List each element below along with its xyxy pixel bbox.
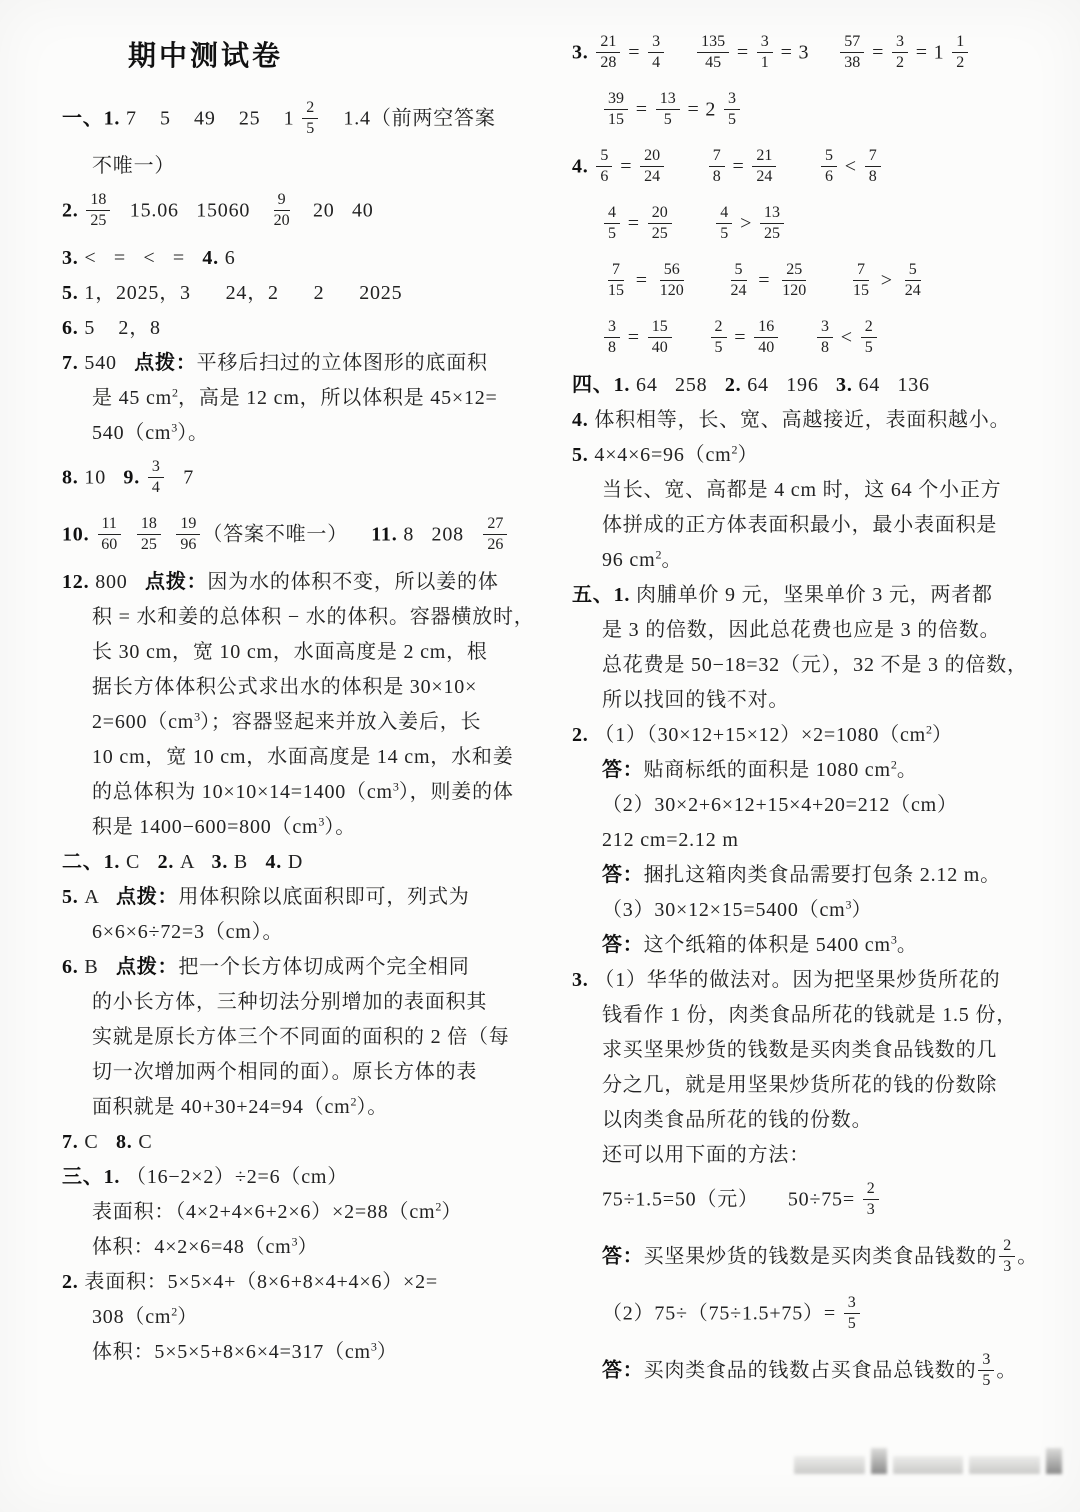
text	[778, 156, 819, 178]
bold-text: 11.	[371, 524, 403, 546]
text: >	[734, 213, 758, 235]
text: 买坚果炒货的钱数是买肉类食品钱数的	[644, 1246, 998, 1268]
answer-line: 4. 56 = 2024 78 = 2124 56 < 78	[572, 144, 1064, 193]
text: 分之几，就是用坚果炒货所花的钱的份数除	[602, 1074, 997, 1096]
answer-line: 是 45 cm2，高是 12 cm，所以体积是 45×12=	[92, 385, 548, 412]
text: （2）75÷（75÷1.5+75）=	[602, 1303, 842, 1325]
answer-line: 2=600（cm3）；容器竖起来并放入姜后，长	[92, 709, 548, 736]
answer-line: 2. （1）（30×12+15×12）×2=1080（cm2）	[572, 722, 1064, 749]
answer-line: 面积就是 40+30+24=94（cm2）。	[92, 1094, 548, 1121]
answer-line: 答：捆扎这箱肉类食品需要打包条 2.12 m。	[602, 862, 1064, 889]
text: 96 cm	[602, 549, 655, 571]
fraction: 1996	[176, 515, 200, 553]
bold-text: 答：	[602, 934, 644, 956]
answer-line: 12. 800 点拨：因为水的体积不变，所以姜的体	[62, 569, 548, 596]
fraction: 1160	[97, 515, 121, 553]
fraction: 1825	[137, 515, 161, 553]
bold-text: 7.	[62, 352, 84, 374]
bold-text: 10.	[62, 524, 95, 546]
text: A	[180, 851, 212, 873]
text: ）	[737, 444, 758, 466]
bold-text: 5.	[62, 282, 84, 304]
text: 是 45 cm	[92, 387, 172, 409]
fraction: 2726	[483, 515, 507, 553]
text: 64 196	[747, 374, 836, 396]
answer-line: 3. 2128 = 34 13545 = 31 = 3 5738 = 32 = …	[572, 30, 1064, 79]
text: C	[138, 1131, 152, 1153]
fraction: 35	[978, 1351, 994, 1389]
answer-line: 2. 1825 15.06 15060 920 20 40	[62, 188, 548, 237]
bold-text: 2.	[158, 851, 180, 873]
fraction: 25	[302, 99, 318, 137]
text: 买肉类食品的钱数占买食品总钱数的	[644, 1360, 977, 1382]
fraction: 38	[604, 318, 620, 356]
bold-text: 答：	[602, 1246, 644, 1268]
text: 15.06 15060	[112, 200, 267, 222]
text: 不唯一）	[92, 155, 175, 177]
text: B	[84, 956, 116, 978]
text: （1）华华的做法对。因为把坚果炒货所花的	[594, 969, 1000, 991]
text: 积 = 水和姜的总体积 − 水的体积。容器横放时，	[92, 606, 535, 628]
text: ，高是 12 cm，所以体积是 45×12=	[178, 387, 498, 409]
text: （答案不唯一）	[202, 524, 371, 546]
text: < = < =	[84, 247, 202, 269]
text	[666, 42, 695, 64]
text: ）	[377, 1341, 398, 1363]
bold-text: 8.	[62, 467, 84, 489]
fraction: 25	[711, 318, 727, 356]
text: 64 258	[636, 374, 725, 396]
text: ）	[297, 1236, 318, 1258]
bold-text: 6.	[62, 317, 84, 339]
answer-line: 体积：4×2×6=48（cm3）	[92, 1234, 548, 1261]
bold-text: 2.	[62, 1271, 84, 1293]
text: 总花费是 50−18=32（元），32 不是 3 的倍数，	[602, 654, 1028, 676]
text: =	[622, 213, 646, 235]
answer-line: 10. 1160 1825 1996（答案不唯一） 11. 8 208 2726	[62, 512, 548, 561]
answer-line: 总花费是 50−18=32（元），32 不是 3 的倍数，	[602, 652, 1064, 679]
text: 75÷1.5=50（元） 50÷75=	[602, 1189, 861, 1211]
text: （16−2×2）÷2=6（cm）	[126, 1166, 348, 1188]
text: 20 40	[296, 200, 374, 222]
answer-line: 一、1. 7 5 49 25 1 25 1.4（前两空答案	[62, 96, 548, 145]
bold-text: 3.	[572, 42, 594, 64]
bold-text: 4.	[265, 851, 287, 873]
page-title: 期中测试卷	[128, 34, 548, 74]
text: 的总体积为 10×10×14=1400（cm	[92, 781, 393, 803]
text: 面积就是 40+30+24=94（cm	[92, 1096, 350, 1118]
answer-line: 10 cm，宽 10 cm，水面高度是 14 cm，水和姜	[92, 744, 548, 771]
bold-text: 4.	[202, 247, 224, 269]
fraction: 78	[865, 147, 881, 185]
bold-text: 答：	[602, 1360, 644, 1382]
text	[163, 524, 175, 546]
text: C	[84, 1131, 116, 1153]
answer-line: 6×6×6÷72=3（cm）。	[92, 919, 548, 946]
fraction: 1540	[648, 318, 672, 356]
text: 10 cm，宽 10 cm，水面高度是 14 cm，水和姜	[92, 746, 514, 768]
fraction: 78	[709, 147, 725, 185]
bold-text: 3.	[212, 851, 234, 873]
text: 。	[996, 1360, 1017, 1382]
answer-line: 积是 1400−600=800（cm3）。	[92, 814, 548, 841]
answer-line: 8. 10 9. 34 7	[62, 455, 548, 504]
text: 因为水的体积不变，所以姜的体	[207, 571, 498, 593]
bold-text: 点拨：	[116, 956, 178, 978]
text: 64 136	[858, 374, 929, 396]
fraction: 2024	[640, 147, 664, 185]
bold-text: 四、	[572, 374, 614, 396]
answer-line: 308（cm2）	[92, 1304, 548, 1331]
text: <	[839, 156, 863, 178]
text	[812, 270, 847, 292]
answer-line: 答：买肉类食品的钱数占买食品总钱数的35。	[602, 1348, 1064, 1397]
text: D	[288, 851, 303, 873]
fraction: 31	[757, 33, 773, 71]
text: =	[614, 156, 638, 178]
fraction: 35	[724, 90, 740, 128]
text: >	[875, 270, 899, 292]
text: 切一次增加两个相同的面）。原长方体的表	[92, 1061, 477, 1083]
fraction: 25	[861, 318, 877, 356]
fraction: 1640	[754, 318, 778, 356]
text: 体拼成的正方体表面积最小，最小表面积是	[602, 514, 997, 536]
answer-line: 还可以用下面的方法：	[602, 1142, 1064, 1169]
answer-line: 38 = 1540 25 = 1640 38 < 25	[602, 315, 1064, 364]
bold-text: 2.	[725, 374, 747, 396]
answer-line: 不唯一）	[92, 153, 548, 180]
text: 。	[897, 934, 918, 956]
text	[666, 156, 707, 178]
text	[690, 270, 725, 292]
text: =	[866, 42, 890, 64]
text: 308（cm	[92, 1306, 171, 1328]
answer-line: 3915 = 135 = 2 35	[602, 87, 1064, 136]
fraction: 2025	[648, 204, 672, 242]
text: 体积相等，长、宽、高越接近，表面积越小。	[594, 409, 1010, 431]
fraction: 34	[648, 33, 664, 71]
answer-line: 表面积：（4×2+4×6+2×6）×2=88（cm2）	[92, 1199, 548, 1226]
text: 7 5 49 25 1	[126, 108, 300, 130]
fraction: 45	[604, 204, 620, 242]
text: 6×6×6÷72=3（cm）。	[92, 921, 283, 943]
text: =	[731, 42, 755, 64]
bold-text: 点拨：	[145, 571, 207, 593]
bold-text: 一、	[62, 108, 104, 130]
bold-text: 1.	[614, 584, 636, 606]
text	[123, 524, 135, 546]
fraction: 715	[849, 261, 873, 299]
text: 540（cm	[92, 422, 171, 444]
text: 用体积除以底面积即可，列式为	[178, 886, 469, 908]
answer-line: 4. 体积相等，长、宽、高越接近，表面积越小。	[572, 407, 1064, 434]
bold-text: 1.	[104, 851, 126, 873]
bold-text: 1.	[614, 374, 636, 396]
text: 以肉类食品所花的钱的份数。	[602, 1109, 872, 1131]
bold-text: 12.	[62, 571, 95, 593]
watermark-smudge	[794, 1440, 1062, 1474]
text: 体积：5×5×5+8×6×4=317（cm	[92, 1341, 371, 1363]
text: （2）30×2+6×12+15×4+20=212（cm）	[602, 794, 958, 816]
answer-line: 以肉类食品所花的钱的份数。	[602, 1107, 1064, 1134]
text: 8 208	[403, 524, 481, 546]
fraction: 23	[999, 1237, 1015, 1275]
answer-line: 6. B 点拨：把一个长方体切成两个完全相同	[62, 954, 548, 981]
bold-text: 三、	[62, 1166, 104, 1188]
answer-line: （3）30×12×15=5400（cm3）	[602, 897, 1064, 924]
text: 长 30 cm，宽 10 cm，水面高度是 2 cm，根	[92, 641, 488, 663]
fraction: 32	[892, 33, 908, 71]
answer-line: 3. < = < = 4. 6	[62, 245, 548, 272]
fraction: 5738	[840, 33, 864, 71]
text: 2=600（cm	[92, 711, 194, 733]
bold-text: 2.	[572, 724, 594, 746]
fraction: 34	[148, 458, 164, 496]
text: =	[630, 99, 654, 121]
text: =	[753, 270, 777, 292]
text: 表面积：5×5×4+（8×6+8×4+4×6）×2=	[84, 1271, 438, 1293]
fraction: 1825	[86, 191, 110, 229]
text: 体积：4×2×6=48（cm	[92, 1236, 291, 1258]
text: 把一个长方体切成两个完全相同	[178, 956, 469, 978]
answer-line: 5. A 点拨：用体积除以底面积即可，列式为	[62, 884, 548, 911]
text	[674, 327, 709, 349]
bold-text: 答：	[602, 864, 644, 886]
text: （3）30×12×15=5400（cm	[602, 899, 845, 921]
text	[674, 213, 715, 235]
text: ）。	[324, 816, 356, 838]
bold-text: 点拨：	[116, 886, 178, 908]
text: 还可以用下面的方法：	[602, 1144, 810, 1166]
bold-text: 答：	[602, 759, 644, 781]
text: =	[630, 270, 654, 292]
answer-line: 体积：5×5×5+8×6×4=317（cm3）	[92, 1339, 548, 1366]
answer-line: 实就是原长方体三个不同面的面积的 2 倍（每	[92, 1024, 548, 1051]
answer-line: 2. 表面积：5×5×4+（8×6+8×4+4×6）×2=	[62, 1269, 548, 1296]
answer-line: 分之几，就是用坚果炒货所花的钱的份数除	[602, 1072, 1064, 1099]
text: 当长、宽、高都是 4 cm 时，这 64 个小正方	[602, 479, 1001, 501]
text: 是 3 的倍数，因此总花费也应是 3 的倍数。	[602, 619, 1000, 641]
text: 。	[661, 549, 682, 571]
fraction: 2124	[752, 147, 776, 185]
answer-line: 6. 5 2，8	[62, 315, 548, 342]
answer-line: 45 = 2025 45 > 1325	[602, 201, 1064, 250]
text: 1.4（前两空答案	[320, 108, 495, 130]
answer-line: 是 3 的倍数，因此总花费也应是 3 的倍数。	[602, 617, 1064, 644]
text: ）	[441, 1201, 462, 1223]
fraction: 920	[270, 191, 294, 229]
answer-line: 96 cm2。	[602, 547, 1064, 574]
answer-line: 求买坚果炒货的钱数是买肉类食品钱数的几	[602, 1037, 1064, 1064]
bold-text: 4.	[572, 409, 594, 431]
answer-line: 7. 540 点拨：平移后扫过的立体图形的底面积	[62, 350, 548, 377]
answer-line: 540（cm3）。	[92, 420, 548, 447]
fraction: 12	[952, 33, 968, 71]
answer-line: 5. 1，2025，3 24，2 2 2025	[62, 280, 548, 307]
answer-line: 的总体积为 10×10×14=1400（cm3），则姜的体	[92, 779, 548, 806]
bold-text: 五、	[572, 584, 614, 606]
bold-text: 7.	[62, 1131, 84, 1153]
text: ）	[932, 724, 953, 746]
text: =	[729, 327, 753, 349]
bold-text: 9.	[123, 467, 145, 489]
bold-text: 1.	[104, 108, 126, 130]
text: 平移后扫过的立体图形的底面积	[197, 352, 488, 374]
answer-line: 钱看作 1 份，肉类食品所花的钱就是 1.5 份，	[602, 1002, 1064, 1029]
text: 10	[84, 467, 123, 489]
answer-line: 据长方体体积公式求出水的体积是 30×10×	[92, 674, 548, 701]
fraction: 35	[844, 1294, 860, 1332]
fraction: 56	[596, 147, 612, 185]
answer-line: 5. 4×4×6=96（cm2）	[572, 442, 1064, 469]
bold-text: 2.	[62, 200, 84, 222]
text: 540	[84, 352, 134, 374]
text: 这个纸箱的体积是 5400 cm	[644, 934, 891, 956]
text: 实就是原长方体三个不同面的面积的 2 倍（每	[92, 1026, 510, 1048]
text: = 1	[910, 42, 950, 64]
answer-line: 四、1. 64 258 2. 64 196 3. 64 136	[572, 372, 1064, 399]
text: B	[234, 851, 266, 873]
bold-text: 3.	[836, 374, 858, 396]
answer-line: 三、1. （16−2×2）÷2=6（cm）	[62, 1164, 548, 1191]
text: 。	[1017, 1246, 1038, 1268]
text: 求买坚果炒货的钱数是买肉类食品钱数的几	[602, 1039, 997, 1061]
text: = 3	[775, 42, 838, 64]
answer-line: 212 cm=2.12 m	[602, 827, 1064, 854]
answer-line: 答：这个纸箱的体积是 5400 cm3。	[602, 932, 1064, 959]
text: 。	[897, 759, 918, 781]
text: 1，2025，3 24，2 2 2025	[84, 282, 402, 304]
text: C	[126, 851, 158, 873]
text: =	[727, 156, 751, 178]
text: 的小长方体，三种切法分别增加的表面积其	[92, 991, 487, 1013]
fraction: 23	[863, 1180, 879, 1218]
text: A	[84, 886, 116, 908]
fraction: 1325	[760, 204, 784, 242]
bold-text: 4.	[572, 156, 594, 178]
bold-text: 8.	[116, 1131, 138, 1153]
answer-line: （2）75÷（75÷1.5+75）= 35	[602, 1291, 1064, 1340]
answer-line: 二、1. C 2. A 3. B 4. D	[62, 849, 548, 876]
text: 212 cm=2.12 m	[602, 829, 739, 851]
bold-text: 1.	[104, 1166, 126, 1188]
answer-line: （2）30×2+6×12+15×4+20=212（cm）	[602, 792, 1064, 819]
text: ）。	[356, 1096, 388, 1118]
text: 7	[166, 467, 194, 489]
fraction: 38	[817, 318, 833, 356]
answer-line: 3. （1）华华的做法对。因为把坚果炒货所花的	[572, 967, 1064, 994]
answer-line: 答：买坚果炒货的钱数是买肉类食品钱数的23。	[602, 1234, 1064, 1283]
text: 800	[95, 571, 145, 593]
fraction: 135	[656, 90, 680, 128]
text: 捆扎这箱肉类食品需要打包条 2.12 m。	[644, 864, 1001, 886]
fraction: 56	[821, 147, 837, 185]
fraction: 25120	[778, 261, 810, 299]
left-column-lines: 一、1. 7 5 49 25 1 25 1.4（前两空答案不唯一）2. 1825…	[62, 96, 548, 1366]
answer-line: 体拼成的正方体表面积最小，最小表面积是	[602, 512, 1064, 539]
answer-line: 75÷1.5=50（元） 50÷75= 23	[602, 1177, 1064, 1226]
bold-text: 3.	[62, 247, 84, 269]
text: 据长方体体积公式求出水的体积是 30×10×	[92, 676, 477, 698]
text: ）；容器竖起来并放入姜后，长	[200, 711, 481, 733]
answer-line: 7. C 8. C	[62, 1129, 548, 1156]
text: ）	[851, 899, 872, 921]
text: 5 2，8	[84, 317, 160, 339]
answer-line: 答：贴商标纸的面积是 1080 cm2。	[602, 757, 1064, 784]
bold-text: 二、	[62, 851, 104, 873]
answer-line: 切一次增加两个相同的面）。原长方体的表	[92, 1059, 548, 1086]
answer-line: 五、1. 肉脯单价 9 元，坚果单价 3 元，两者都	[572, 582, 1064, 609]
text: =	[622, 327, 646, 349]
bold-text: 5.	[572, 444, 594, 466]
text: 肉脯单价 9 元，坚果单价 3 元，两者都	[636, 584, 993, 606]
bold-text: 点拨：	[134, 352, 196, 374]
fraction: 56120	[656, 261, 688, 299]
text: 表面积：（4×2+4×6+2×6）×2=88（cm	[92, 1201, 435, 1223]
text: ），则姜的体	[399, 781, 514, 803]
text	[780, 327, 815, 349]
text: 4×4×6=96（cm	[594, 444, 731, 466]
fraction: 2128	[596, 33, 620, 71]
bold-text: 5.	[62, 886, 84, 908]
answer-line: 长 30 cm，宽 10 cm，水面高度是 2 cm，根	[92, 639, 548, 666]
text: 6	[225, 247, 236, 269]
answer-line: 积 = 水和姜的总体积 − 水的体积。容器横放时，	[92, 604, 548, 631]
text: 所以找回的钱不对。	[602, 689, 789, 711]
text: （1）（30×12+15×12）×2=1080（cm	[594, 724, 926, 746]
answer-line: 当长、宽、高都是 4 cm 时，这 64 个小正方	[602, 477, 1064, 504]
left-column: 期中测试卷 一、1. 7 5 49 25 1 25 1.4（前两空答案不唯一）2…	[62, 30, 548, 1374]
answer-sheet-page: 期中测试卷 一、1. 7 5 49 25 1 25 1.4（前两空答案不唯一）2…	[0, 0, 1080, 1512]
answer-line: 的小长方体，三种切法分别增加的表面积其	[92, 989, 548, 1016]
fraction: 13545	[697, 33, 729, 71]
answer-line: 所以找回的钱不对。	[602, 687, 1064, 714]
text: =	[622, 42, 646, 64]
text: 钱看作 1 份，肉类食品所花的钱就是 1.5 份，	[602, 1004, 1017, 1026]
fraction: 524	[727, 261, 751, 299]
text: <	[835, 327, 859, 349]
fraction: 715	[604, 261, 628, 299]
right-column-lines: 3. 2128 = 34 13545 = 31 = 3 5738 = 32 = …	[572, 30, 1064, 1397]
text: = 2	[682, 99, 722, 121]
answer-line: 715 = 56120 524 = 25120 715 > 524	[602, 258, 1064, 307]
fraction: 45	[716, 204, 732, 242]
text: ）	[177, 1306, 198, 1328]
fraction: 3915	[604, 90, 628, 128]
text: ）。	[177, 422, 209, 444]
fraction: 524	[901, 261, 925, 299]
bold-text: 6.	[62, 956, 84, 978]
text: 贴商标纸的面积是 1080 cm	[644, 759, 891, 781]
text: 积是 1400−600=800（cm	[92, 816, 318, 838]
right-column: 3. 2128 = 34 13545 = 31 = 3 5738 = 32 = …	[572, 30, 1064, 1405]
bold-text: 3.	[572, 969, 594, 991]
